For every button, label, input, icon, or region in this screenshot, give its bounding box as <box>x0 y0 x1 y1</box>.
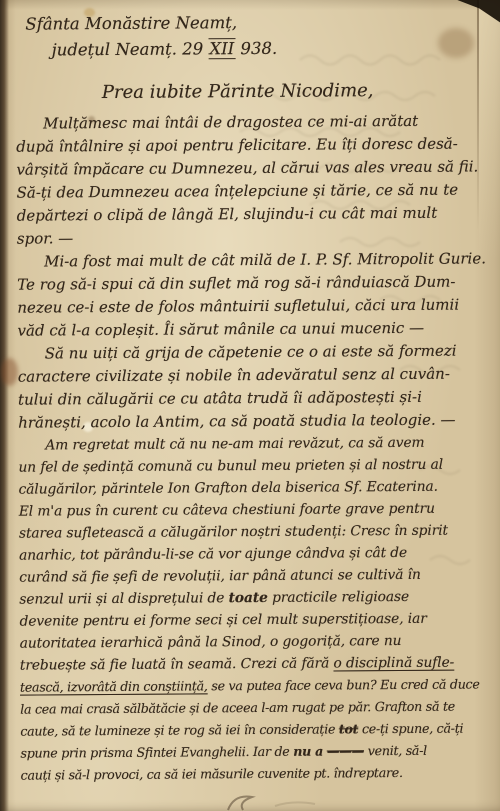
handwritten-line: autoritatea ierarhică până la Sinod, o g… <box>20 629 490 654</box>
handwritten-line: hrănești, acolo la Antim, ca să poată st… <box>18 408 488 434</box>
handwritten-line: curând să fie șefi de revoluții, iar pân… <box>19 563 489 588</box>
handwritten-line: tească, izvorâtă din conștiință, se va p… <box>20 673 490 698</box>
handwritten-line: devenite pentru ei forme seci și cel mul… <box>19 607 489 632</box>
handwritten-line: depărtezi o clipă de lângă El, slujindu-… <box>17 201 487 227</box>
handwritten-line: senzul urii și al disprețului de toate p… <box>19 585 489 610</box>
handwritten-line: nezeu ce-i este de folos mântuirii sufle… <box>17 293 487 319</box>
handwritten-line: Să nu uiți că grija de căpetenie ce o ai… <box>18 339 488 365</box>
handwritten-line: după întâlnire și apoi pentru felicitare… <box>16 132 486 158</box>
header: Sfânta Monăstire Neamț,județul Neamț. 29… <box>25 8 485 63</box>
cutoff-flourish <box>228 797 315 810</box>
handwritten-line: Mulțămesc mai întâi de dragostea ce mi-a… <box>16 109 486 135</box>
scanned-letter-page: { "colors": { "paper": "#d6c49e", "ink":… <box>0 0 500 811</box>
paper-stain <box>1 358 18 386</box>
handwritten-line: caute, să te lumineze și te rog să iei î… <box>20 717 490 742</box>
page-left-edge-shadow <box>0 0 9 811</box>
letter-content: Sfânta Monăstire Neamț,județul Neamț. 29… <box>15 8 490 786</box>
handwritten-line: Sfânta Monăstire Neamț, <box>25 8 485 37</box>
handwritten-line: județul Neamț. 29 XII 938. <box>51 34 485 63</box>
handwritten-line: spor. — <box>17 224 487 250</box>
handwritten-line: Prea iubite Părinte Nicodime, <box>102 77 486 106</box>
handwritten-line: Te rog să-i spui că din suflet mă rog să… <box>17 270 487 296</box>
handwritten-line: spune prin prisma Sfintei Evanghelii. Ia… <box>20 739 490 764</box>
paragraph: Mi-a fost mai mult de cât milă de I. P. … <box>17 247 488 342</box>
handwritten-line: trebuește să fie luată în seamă. Crezi c… <box>20 651 490 676</box>
salutation: Prea iubite Părinte Nicodime, <box>102 77 486 106</box>
paragraph: Să nu uiți că grija de căpetenie ce o ai… <box>18 339 489 434</box>
handwritten-line: caractere civilizate și nobile în adevăr… <box>18 362 488 388</box>
handwritten-line: Mi-a fost mai mult de cât milă de I. P. … <box>17 247 487 273</box>
paragraph: Mulțămesc mai întâi de dragostea ce mi-a… <box>16 109 487 250</box>
handwritten-line: văd că l-a copleșit. Îi sărut mânile ca … <box>17 316 487 342</box>
handwritten-line: la cea mai crasă sălbătăcie și de aceea … <box>20 695 490 720</box>
handwritten-line: cauți și să-l provoci, ca să iei măsuril… <box>21 761 491 786</box>
paragraph: Am regretat mult că nu ne-am mai revăzut… <box>18 431 490 786</box>
handwritten-line: vârșită împăcare cu Dumnezeu, al cărui v… <box>16 155 486 181</box>
handwritten-line: tului din călugării ce cu atâta trudă îi… <box>18 385 488 411</box>
handwritten-line: starea sufletească a călugărilor noștri … <box>19 519 489 544</box>
handwritten-line: Să-ți dea Dumnezeu acea înțelepciune și … <box>16 178 486 204</box>
